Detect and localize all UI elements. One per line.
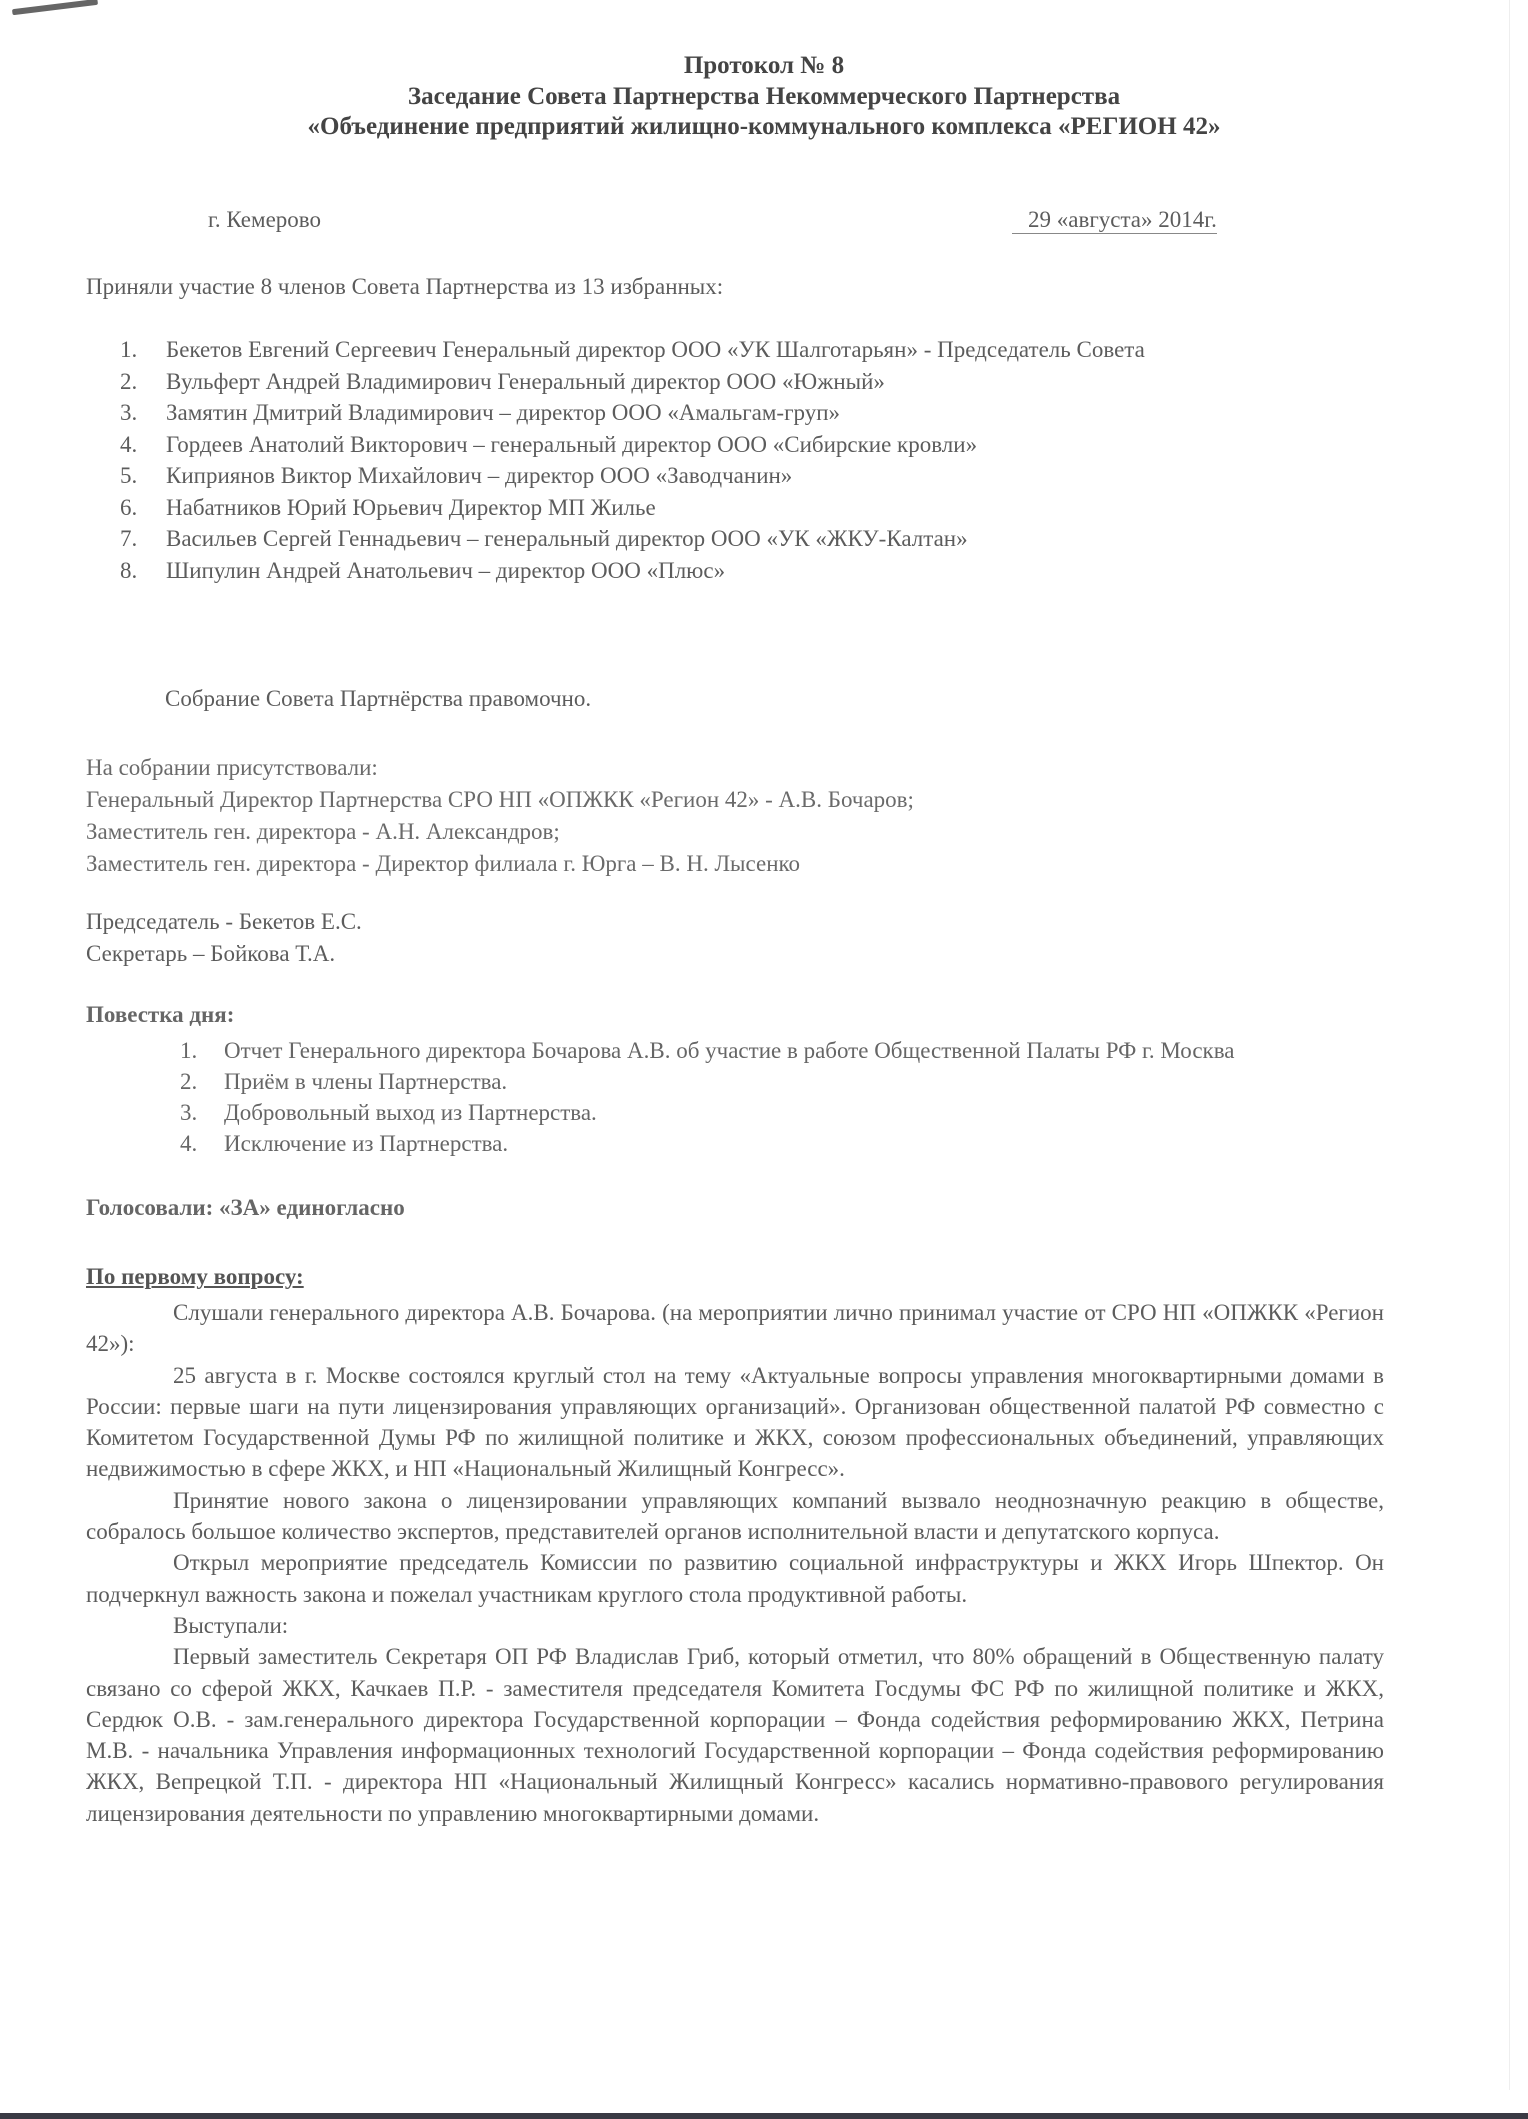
list-item: 7.Васильев Сергей Геннадьевич – генераль…: [120, 523, 1145, 555]
list-item: 2.Приём в члены Партнерства.: [180, 1066, 1380, 1097]
member-list: 1.Бекетов Евгений Сергеевич Генеральный …: [120, 334, 1145, 586]
attendance-intro: Приняли участие 8 членов Совета Партнерс…: [86, 274, 723, 300]
list-item: 3.Добровольный выход из Партнерства.: [180, 1097, 1380, 1128]
list-item: 5.Киприянов Виктор Михайлович – директор…: [120, 460, 1145, 492]
list-item: 1.Бекетов Евгений Сергеевич Генеральный …: [120, 334, 1145, 366]
scan-bottom-edge: [0, 2113, 1528, 2119]
list-item: 6.Набатников Юрий Юрьевич Директор МП Жи…: [120, 492, 1145, 524]
present-heading: На собрании присутствовали:: [86, 752, 914, 784]
secretary: Секретарь – Бойкова Т.А.: [86, 938, 362, 970]
list-item: 4.Исключение из Партнерства.: [180, 1128, 1380, 1159]
officers-section: Председатель - Бекетов Е.С. Секретарь – …: [86, 906, 362, 970]
city: г. Кемерово: [208, 207, 321, 233]
agenda-list: 1.Отчет Генерального директора Бочарова …: [180, 1035, 1380, 1159]
chairman: Председатель - Бекетов Е.С.: [86, 906, 362, 938]
paragraph: Первый заместитель Секретаря ОП РФ Влади…: [86, 1641, 1384, 1829]
first-question-body: Слушали генерального директора А.В. Боча…: [86, 1297, 1384, 1829]
present-item: Заместитель ген. директора - Директор фи…: [86, 848, 914, 880]
meeting-title: Заседание Совета Партнерства Некоммерчес…: [0, 81, 1528, 112]
page-edge: [1509, 0, 1510, 2090]
paragraph: Выступали:: [86, 1610, 1384, 1641]
scan-artifact-mark: [12, 0, 98, 15]
paragraph: 25 августа в г. Москве состоялся круглый…: [86, 1360, 1384, 1485]
vote-result: Голосовали: «ЗА» единогласно: [86, 1195, 405, 1221]
agenda-heading: Повестка дня:: [86, 1002, 234, 1028]
present-item: Генеральный Директор Партнерства СРО НП …: [86, 784, 914, 816]
paragraph: Слушали генерального директора А.В. Боча…: [86, 1297, 1384, 1360]
paragraph: Открыл мероприятие председатель Комиссии…: [86, 1547, 1384, 1610]
list-item: 4.Гордеев Анатолий Викторович – генераль…: [120, 429, 1145, 461]
protocol-title: Протокол № 8: [0, 50, 1528, 81]
organization-name: «Объединение предприятий жилищно-коммуна…: [0, 111, 1528, 142]
list-item: 1.Отчет Генерального директора Бочарова …: [180, 1035, 1380, 1066]
list-item: 8.Шипулин Андрей Анатольевич – директор …: [120, 555, 1145, 587]
list-item: 3.Замятин Дмитрий Владимирович – директо…: [120, 397, 1145, 429]
meeting-date: 29 «августа» 2014г.: [1012, 207, 1217, 234]
quorum-statement: Собрание Совета Партнёрства правомочно.: [165, 686, 591, 712]
list-item: 2.Вульферт Андрей Владимирович Генеральн…: [120, 366, 1145, 398]
paragraph: Принятие нового закона о лицензировании …: [86, 1485, 1384, 1548]
first-question-heading: По первому вопросу:: [86, 1264, 304, 1290]
present-section: На собрании присутствовали: Генеральный …: [86, 752, 914, 880]
present-item: Заместитель ген. директора - А.Н. Алекса…: [86, 816, 914, 848]
